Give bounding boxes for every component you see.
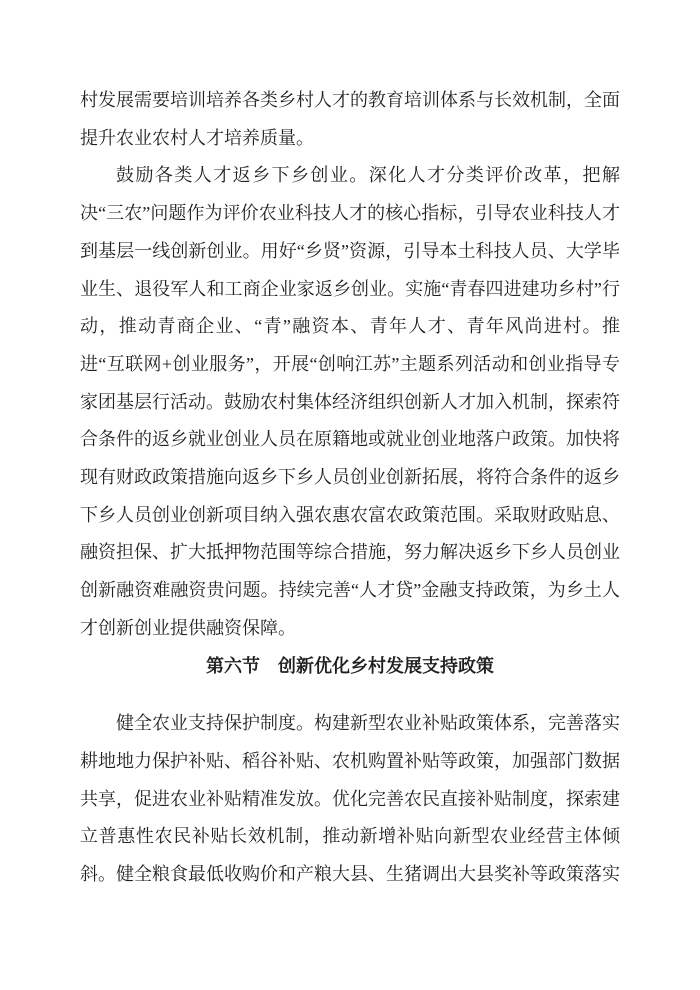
paragraph-training-continuation: 村发展需要培训培养各类乡村人才的教育培训体系与长效机制，全面提升农业农村人才培养… xyxy=(80,82,620,157)
document-page: 村发展需要培训培养各类乡村人才的教育培训体系与长效机制，全面提升农业农村人才培养… xyxy=(0,0,700,990)
paragraph-return-home-entrepreneurship: 鼓励各类人才返乡下乡创业。深化人才分类评价改革，把解决“三农”问题作为评价农业科… xyxy=(80,157,620,647)
section-heading: 第六节 创新优化乡村发展支持政策 xyxy=(80,648,620,686)
paragraph-agriculture-support: 健全农业支持保护制度。构建新型农业补贴政策体系，完善落实耕地地力保护补贴、稻谷补… xyxy=(80,705,620,894)
